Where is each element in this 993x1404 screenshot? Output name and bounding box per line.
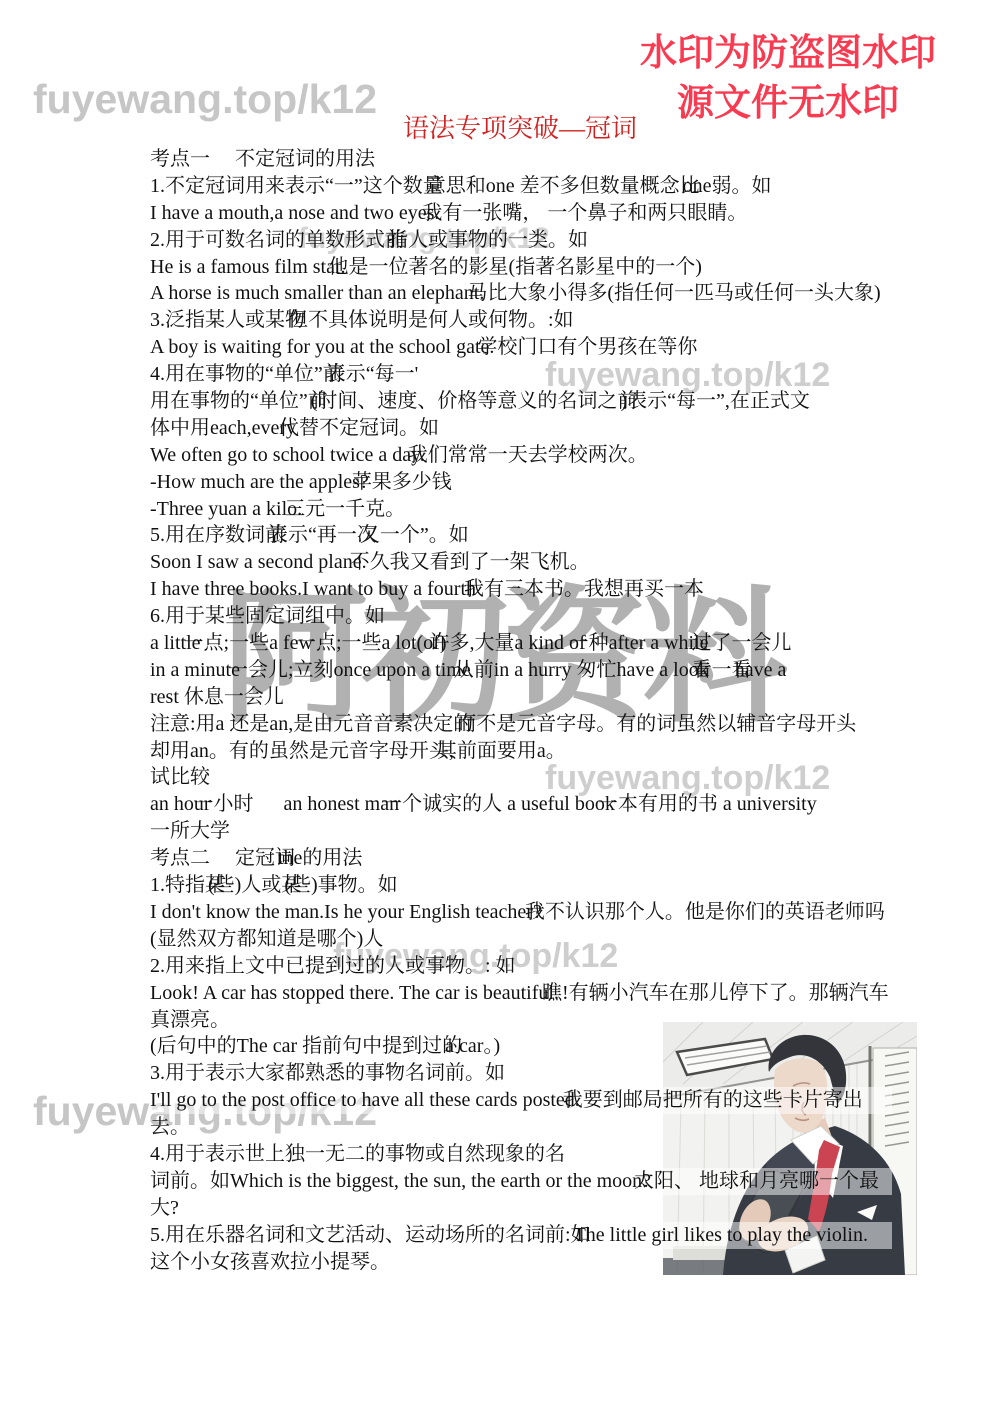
text-segment: 但不具体说明是何人或何物。:如 bbox=[288, 307, 574, 334]
text-segment: 4.用在事物的“单位”前 bbox=[150, 361, 343, 388]
text-segment: 5.用在序数词前 bbox=[150, 522, 285, 549]
watermark-notice: 水印为防盗图水印 源文件无水印 bbox=[618, 28, 958, 128]
text-segment: We often go to school twice a day. bbox=[150, 442, 425, 469]
watermark-notice-line2: 源文件无水印 bbox=[618, 78, 958, 128]
text-segment: He is a famous film star. bbox=[150, 254, 346, 281]
text-segment: I have three books.I want to buy a fourt… bbox=[150, 576, 481, 603]
text-segment: 词前。如Which is the biggest, the sun, the e… bbox=[150, 1168, 651, 1195]
text-line: Soon I saw a second plane.不久我又看到了一架飞机。 bbox=[150, 549, 892, 576]
text-segment: 去。 bbox=[150, 1114, 190, 1141]
text-segment: 指人或事物的一类。如 bbox=[388, 227, 588, 254]
text-segment: I'll go to the post office to have all t… bbox=[150, 1087, 580, 1114]
text-segment: The little girl likes to play the violin… bbox=[574, 1222, 868, 1249]
text-segment: 真漂亮。 bbox=[150, 1007, 230, 1034]
text-segment: 一个诚实的人 bbox=[382, 791, 502, 818]
watermark-notice-line1: 水印为防盗图水印 bbox=[618, 28, 958, 78]
text-segment: 一所大学 bbox=[150, 818, 230, 845]
text-segment: 却用an。有的虽然是元音字母开头, bbox=[150, 738, 454, 765]
text-line: 体中用each,every代替不定冠词。如 bbox=[150, 415, 892, 442]
text-line: 5.用在乐器名词和文艺活动、运动场所的名词前:如The little girl … bbox=[150, 1222, 892, 1249]
text-line: 6.用于某些固定词组中。如 bbox=[150, 603, 892, 630]
text-segment: Soon I saw a second plane. bbox=[150, 549, 367, 576]
text-line: 3.泛指某人或某物但不具体说明是何人或何物。:如 bbox=[150, 307, 892, 334]
text-segment: an honest man bbox=[254, 791, 400, 818]
text-segment: -How much are the apples? bbox=[150, 469, 369, 496]
text-segment: 考点二 定冠词 bbox=[150, 845, 295, 872]
text-segment: )表示“每一”,在正式文 bbox=[620, 388, 809, 415]
text-line: 这个小女孩喜欢拉小提琴。 bbox=[150, 1249, 892, 1276]
text-segment: 太阳、 地球和月亮哪一个最 bbox=[634, 1168, 879, 1195]
text-line: I don't know the man.Is he your English … bbox=[150, 899, 892, 926]
text-segment: (些)事物。如 bbox=[284, 872, 397, 899]
text-segment: 一本有用的书 bbox=[598, 791, 718, 818]
text-segment: a university bbox=[718, 791, 817, 818]
text-line: 考点一 不定冠词的用法 bbox=[150, 146, 892, 173]
document-page: fuyewang.top/k12 fuyewang.top/k12 fuyewa… bbox=[0, 0, 993, 1404]
text-segment: 瞧!有辆小汽车在那儿停下了。那辆汽车 bbox=[542, 980, 889, 1007]
text-segment: 这个小女孩喜欢拉小提琴。 bbox=[150, 1249, 390, 1276]
text-segment: 马比大象小得多(指任何一匹马或任何一头大象) bbox=[467, 280, 880, 307]
text-segment: 体中用each,every bbox=[150, 415, 296, 442]
text-line: 2.用于可数名词的单数形式前指人或事物的一类。如 bbox=[150, 227, 892, 254]
document-body: 考点一 不定冠词的用法1.不定冠词用来表示“一”这个数量意思和one 差不多但数… bbox=[150, 146, 892, 1275]
text-segment: 我有一张嘴， 一个鼻子和两只眼睛。 bbox=[422, 200, 747, 227]
text-line: 注意:用a 还是an,是由元音音素决定的而不是元音字母。有的词虽然以辅音字母开头 bbox=[150, 711, 892, 738]
text-segment: 他是一位著名的影星(指著名影星中的一个) bbox=[329, 254, 702, 281]
text-segment: 不久我又看到了一架飞机。 bbox=[350, 549, 590, 576]
text-line: an hour一小时 an honest man一个诚实的人 a useful … bbox=[150, 791, 892, 818]
text-segment: 我们常常一天去学校两次。 bbox=[408, 442, 648, 469]
text-segment: 2.用来指上文中已提到过的人或事物。: 如 bbox=[150, 953, 516, 980]
text-segment: in a hurry 匆忙 bbox=[494, 657, 617, 684]
text-segment: 一种 bbox=[569, 630, 609, 657]
text-segment: 表示“每一' bbox=[326, 361, 418, 388]
text-line: Look! A car has stopped there. The car i… bbox=[150, 980, 892, 1007]
text-segment: (后句中的The car 指前句中提到过的 bbox=[150, 1033, 462, 1060]
text-line: 1.特指某(些)人或某(些)事物。如 bbox=[150, 872, 892, 899]
text-line: I have a mouth,a nose and two eyes.我有一张嘴… bbox=[150, 200, 892, 227]
text-segment: 代替不定冠词。如 bbox=[279, 415, 439, 442]
text-line: 1.不定冠词用来表示“一”这个数量意思和one 差不多但数量概念比one弱。如 bbox=[150, 173, 892, 200]
text-line: 4.用于表示世上独一无二的事物或自然现象的名 bbox=[150, 1141, 892, 1168]
text-segment: A horse is much smaller than an elephant… bbox=[150, 280, 484, 307]
text-line: (后句中的The car 指前句中提到过的a car。) bbox=[150, 1033, 892, 1060]
text-line: A horse is much smaller than an elephant… bbox=[150, 280, 892, 307]
text-line: 4.用在事物的“单位”前表示“每一' bbox=[150, 361, 892, 388]
text-segment: Look! A car has stopped there. The car i… bbox=[150, 980, 559, 1007]
text-line: I'll go to the post office to have all t… bbox=[150, 1087, 892, 1114]
text-line: He is a famous film star.他是一位著名的影星(指著名影星… bbox=[150, 254, 892, 281]
text-segment: 用在事物的“单位”前 bbox=[150, 388, 328, 415]
text-segment: 2.用于可数名词的单数形式前 bbox=[150, 227, 405, 254]
text-segment: the的用法 bbox=[278, 845, 362, 872]
text-segment: (显然双方都知道是哪个)人 bbox=[150, 926, 383, 953]
text-segment: 意思和one 差不多但数量概念比 bbox=[426, 173, 700, 200]
text-line: A boy is waiting for you at the school g… bbox=[150, 334, 892, 361]
text-line: 真漂亮。 bbox=[150, 1007, 892, 1034]
text-segment: 大? bbox=[150, 1195, 179, 1222]
text-line: 词前。如Which is the biggest, the sun, the e… bbox=[150, 1168, 892, 1195]
text-segment: 我不认识那个人。他是你们的英语老师吗 bbox=[525, 899, 885, 926]
text-line: 3.用于表示大家都熟悉的事物名词前。如 bbox=[150, 1060, 892, 1087]
text-line: 考点二 定冠词the的用法 bbox=[150, 845, 892, 872]
text-segment: -Three yuan a kilo. bbox=[150, 496, 302, 523]
text-segment: 6.用于某些固定词组中。如 bbox=[150, 603, 385, 630]
text-segment: 一点;一些 bbox=[296, 630, 382, 657]
text-segment: 5.用在乐器名词和文艺活动、运动场所的名词前:如 bbox=[150, 1222, 591, 1249]
text-segment: 注意:用a 还是an,是由元音音素决定的 bbox=[150, 711, 473, 738]
text-segment: a car。) bbox=[445, 1033, 500, 1060]
text-segment: 3.泛指某人或某物 bbox=[150, 307, 305, 334]
text-line: 一所大学 bbox=[150, 818, 892, 845]
text-segment: 又一个”。如 bbox=[360, 522, 469, 549]
text-line: 用在事物的“单位”前(时间、速度、价格等意义的名词之前)表示“每一”,在正式文 bbox=[150, 388, 892, 415]
text-line: I have three books.I want to buy a fourt… bbox=[150, 576, 892, 603]
text-segment: have a bbox=[735, 657, 787, 684]
text-segment: 三元一千克。 bbox=[285, 496, 405, 523]
text-segment: 考点一 不定冠词的用法 bbox=[150, 146, 375, 173]
text-line: -Three yuan a kilo.三元一千克。 bbox=[150, 496, 892, 523]
text-segment: 我有三本书。我想再买一本 bbox=[464, 576, 704, 603]
text-segment: 一小时 bbox=[194, 791, 254, 818]
text-line: 2.用来指上文中已提到过的人或事物。: 如 bbox=[150, 953, 892, 980]
text-segment: 其前面要用a。 bbox=[437, 738, 566, 765]
text-line: 去。 bbox=[150, 1114, 892, 1141]
text-segment: I have a mouth,a nose and two eyes. bbox=[150, 200, 439, 227]
text-line: 5.用在序数词前表示“再一次又一个”。如 bbox=[150, 522, 892, 549]
text-segment: 过了一会儿 bbox=[692, 630, 792, 657]
text-segment: 4.用于表示世上独一无二的事物或自然现象的名 bbox=[150, 1141, 565, 1168]
text-line: We often go to school twice a day.我们常常一天… bbox=[150, 442, 892, 469]
text-segment: A boy is waiting for you at the school g… bbox=[150, 334, 494, 361]
text-segment: (时间、速度、价格等意义的名词之前 bbox=[311, 388, 638, 415]
text-segment: once upon a time bbox=[334, 657, 471, 684]
text-segment: rest 休息一会儿 bbox=[150, 684, 284, 711]
text-segment: 苹果多少钱 bbox=[352, 469, 452, 496]
text-line: 大? bbox=[150, 1195, 892, 1222]
text-segment: 3.用于表示大家都熟悉的事物名词前。如 bbox=[150, 1060, 505, 1087]
text-line: -How much are the apples?苹果多少钱 bbox=[150, 469, 892, 496]
text-line: 却用an。有的虽然是元音字母开头,其前面要用a。 bbox=[150, 738, 892, 765]
text-segment: 许多,大量 bbox=[430, 630, 515, 657]
text-line: (显然双方都知道是哪个)人 bbox=[150, 926, 892, 953]
text-segment: I don't know the man.Is he your English … bbox=[150, 899, 542, 926]
text-segment: 试比较 bbox=[150, 764, 210, 791]
text-line: 试比较 bbox=[150, 764, 892, 791]
text-segment: 从前 bbox=[454, 657, 494, 684]
text-segment: 一会儿;立刻 bbox=[228, 657, 334, 684]
text-line: rest 休息一会儿 bbox=[150, 684, 892, 711]
text-segment: 而不是元音字母。有的词虽然以辅音字母开头 bbox=[456, 711, 856, 738]
text-segment: one弱。如 bbox=[683, 173, 772, 200]
text-segment: 学校门口有个男孩在等你 bbox=[477, 334, 697, 361]
text-line: a little一点;一些a few一点;一些a lot(of)许多,大量a k… bbox=[150, 630, 892, 657]
text-line: in a minute 一会儿;立刻once upon a time从前in a… bbox=[150, 657, 892, 684]
text-segment: 一点;一些 bbox=[184, 630, 270, 657]
text-segment: 1.不定冠词用来表示“一”这个数量 bbox=[150, 173, 443, 200]
text-segment: 我要到邮局把所有的这些卡片寄出 bbox=[563, 1087, 863, 1114]
